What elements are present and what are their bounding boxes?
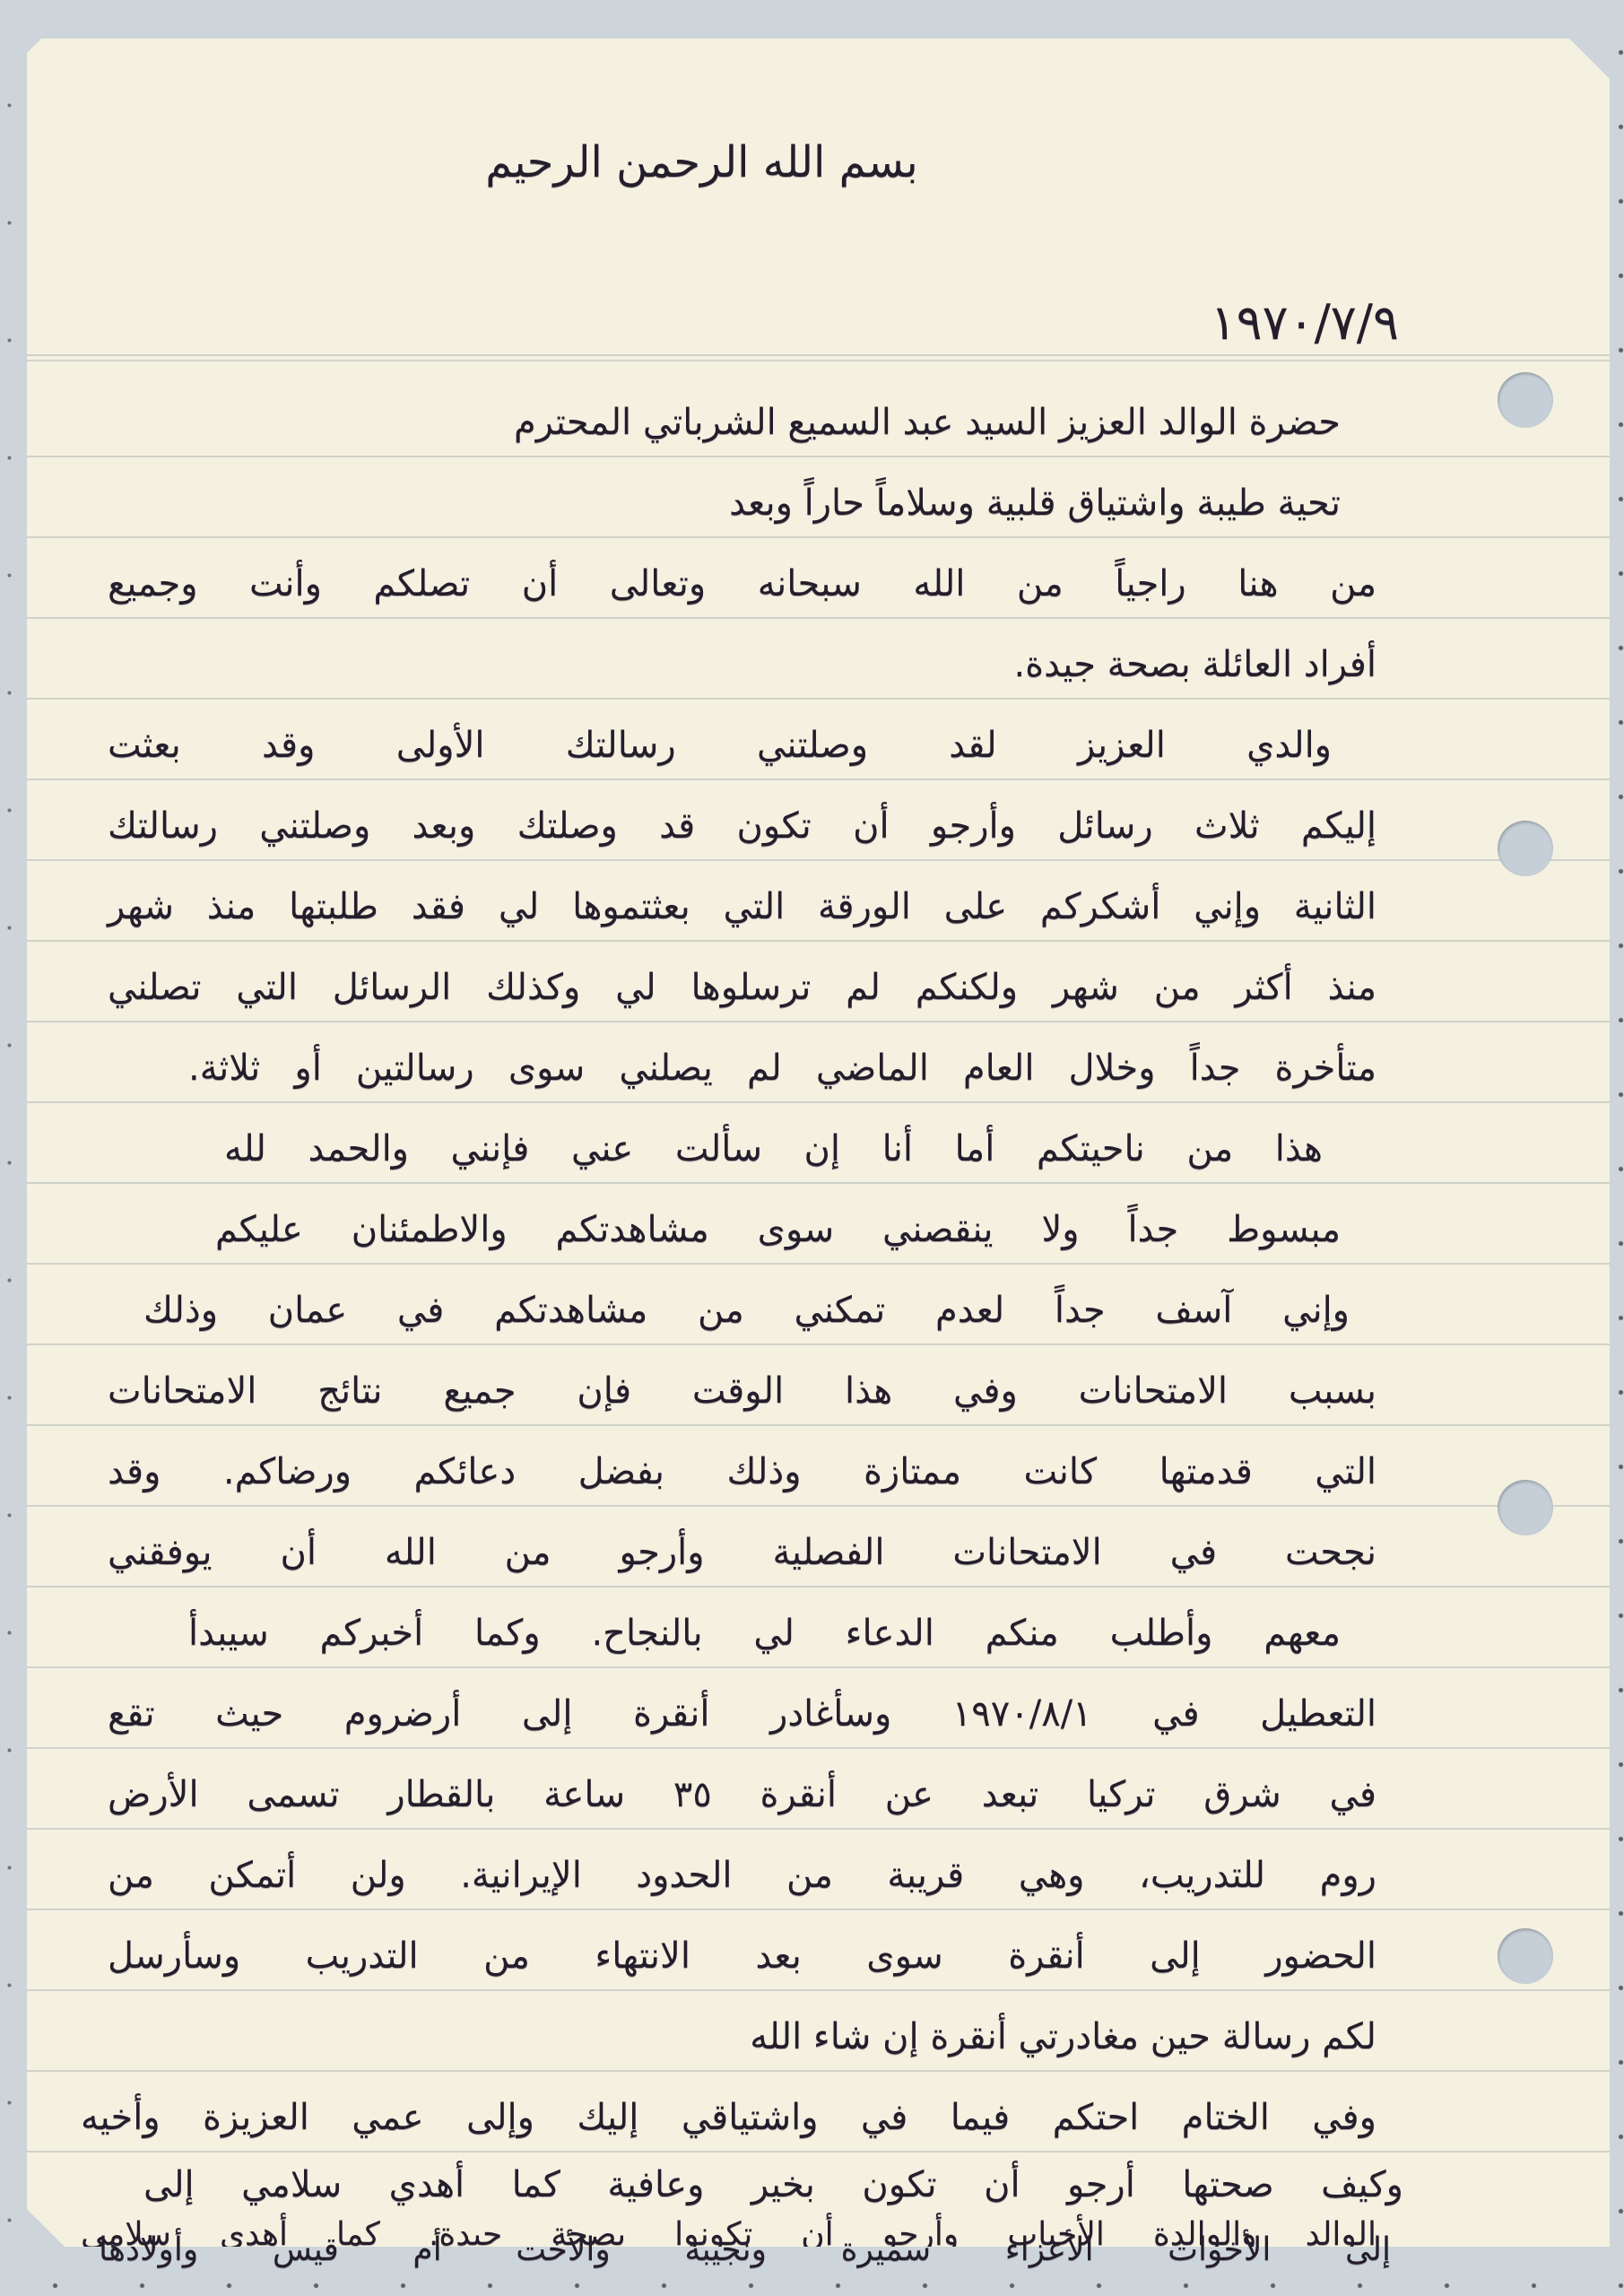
ruled-line — [27, 1747, 1610, 1749]
ruled-line — [27, 456, 1610, 457]
letter-line: والدي العزيز لقد وصلتني رسالتك الأولى وق… — [108, 725, 1332, 766]
letter-line: الثانية وإني أشكركم على الورقة التي بعثت… — [108, 886, 1376, 927]
letter-date: ١٩٧٠/٧/٩ — [1211, 294, 1399, 351]
letter-line: من هنا راجياً من الله سبحانه وتعالى أن ت… — [108, 563, 1376, 604]
letter-sheet: بسم الله الرحمن الرحيم ١٩٧٠/٧/٩ حضرة الو… — [27, 39, 1610, 2247]
ruled-line — [27, 1828, 1610, 1830]
ruled-line — [27, 2151, 1610, 2152]
letter-line: الحضور إلى أنقرة سوى بعد الانتهاء من الت… — [108, 1935, 1376, 1977]
ruled-line — [27, 859, 1610, 861]
ruled-line — [27, 698, 1610, 700]
letter-line-final: إلى الأخوات الأعزاء سميرة ونجيبة والأخت … — [99, 2231, 1391, 2268]
ruled-line — [27, 1263, 1610, 1265]
letter-line: وكيف صحتها أرجو أن تكون بخير وعافية كما … — [143, 2164, 1403, 2205]
punch-hole — [1498, 372, 1553, 428]
punch-hole — [1498, 821, 1553, 876]
letter-line: متأخرة جداً وخلال العام الماضي لم يصلني … — [188, 1048, 1376, 1089]
ruled-line — [27, 778, 1610, 780]
salutation-line: حضرة الوالد العزيز السيد عبد السميع الشر… — [108, 402, 1341, 443]
ruled-line — [27, 1586, 1610, 1587]
punch-hole — [1498, 1480, 1553, 1535]
basmala-heading: بسم الله الرحمن الرحيم — [27, 137, 1610, 187]
letter-line: هذا من ناحيتكم أما أنا إن سألت عني فإنني… — [224, 1128, 1323, 1170]
letter-line: بسبب الامتحانات وفي هذا الوقت فإن جميع ن… — [108, 1370, 1376, 1412]
letter-line: وفي الختام احتكم فيما في واشتياقي إليك و… — [81, 2097, 1376, 2138]
letter-line: مبسوط جداً ولا ينقصني سوى مشاهدتكم والاط… — [215, 1209, 1341, 1250]
ruled-line — [27, 1505, 1610, 1507]
ruled-line — [27, 617, 1610, 619]
ruled-line — [27, 940, 1610, 942]
ruled-line — [27, 1989, 1610, 1991]
ruled-line — [27, 1909, 1610, 1910]
header-rule — [27, 354, 1610, 356]
ruled-line — [27, 536, 1610, 538]
ruled-line — [27, 1344, 1610, 1345]
ruled-line — [27, 1424, 1610, 1426]
letter-line: تحية طيبة واشتياق قلبية وسلاماً حاراً وب… — [108, 483, 1341, 524]
letter-line: منذ أكثر من شهر ولكنكم لم ترسلوها لي وكذ… — [108, 967, 1376, 1008]
letter-line: نجحت في الامتحانات الفصلية وأرجو من الله… — [108, 1532, 1376, 1573]
letter-line: إليكم ثلاث رسائل وأرجو أن تكون قد وصلتك … — [108, 805, 1376, 847]
ruled-line — [27, 1101, 1610, 1103]
ruled-line — [27, 1182, 1610, 1184]
letter-line: في شرق تركيا تبعد عن أنقرة ٣٥ ساعة بالقط… — [108, 1774, 1376, 1815]
letter-line: لكم رسالة حين مغادرتي أنقرة إن شاء الله — [511, 2016, 1376, 2057]
letter-line: التي قدمتها كانت ممتازة وذلك بفضل دعائكم… — [108, 1451, 1376, 1492]
ruled-line — [27, 1666, 1610, 1668]
letter-line: معهم وأطلب منكم الدعاء لي بالنجاح. وكما … — [188, 1613, 1341, 1654]
letter-line: أفراد العائلة بصحة جيدة. — [108, 644, 1376, 685]
letter-line: التعطيل في ١٩٧٠/٨/١ وسأغادر أنقرة إلى أر… — [108, 1693, 1376, 1735]
ruled-line — [27, 1021, 1610, 1022]
punch-hole — [1498, 1928, 1553, 1984]
letter-line: وإني آسف جداً لعدم تمكني من مشاهدتكم في … — [143, 1290, 1350, 1331]
letter-line: روم للتدريب، وهي قريبة من الحدود الإيران… — [108, 1855, 1376, 1896]
ruled-line — [27, 2070, 1610, 2072]
